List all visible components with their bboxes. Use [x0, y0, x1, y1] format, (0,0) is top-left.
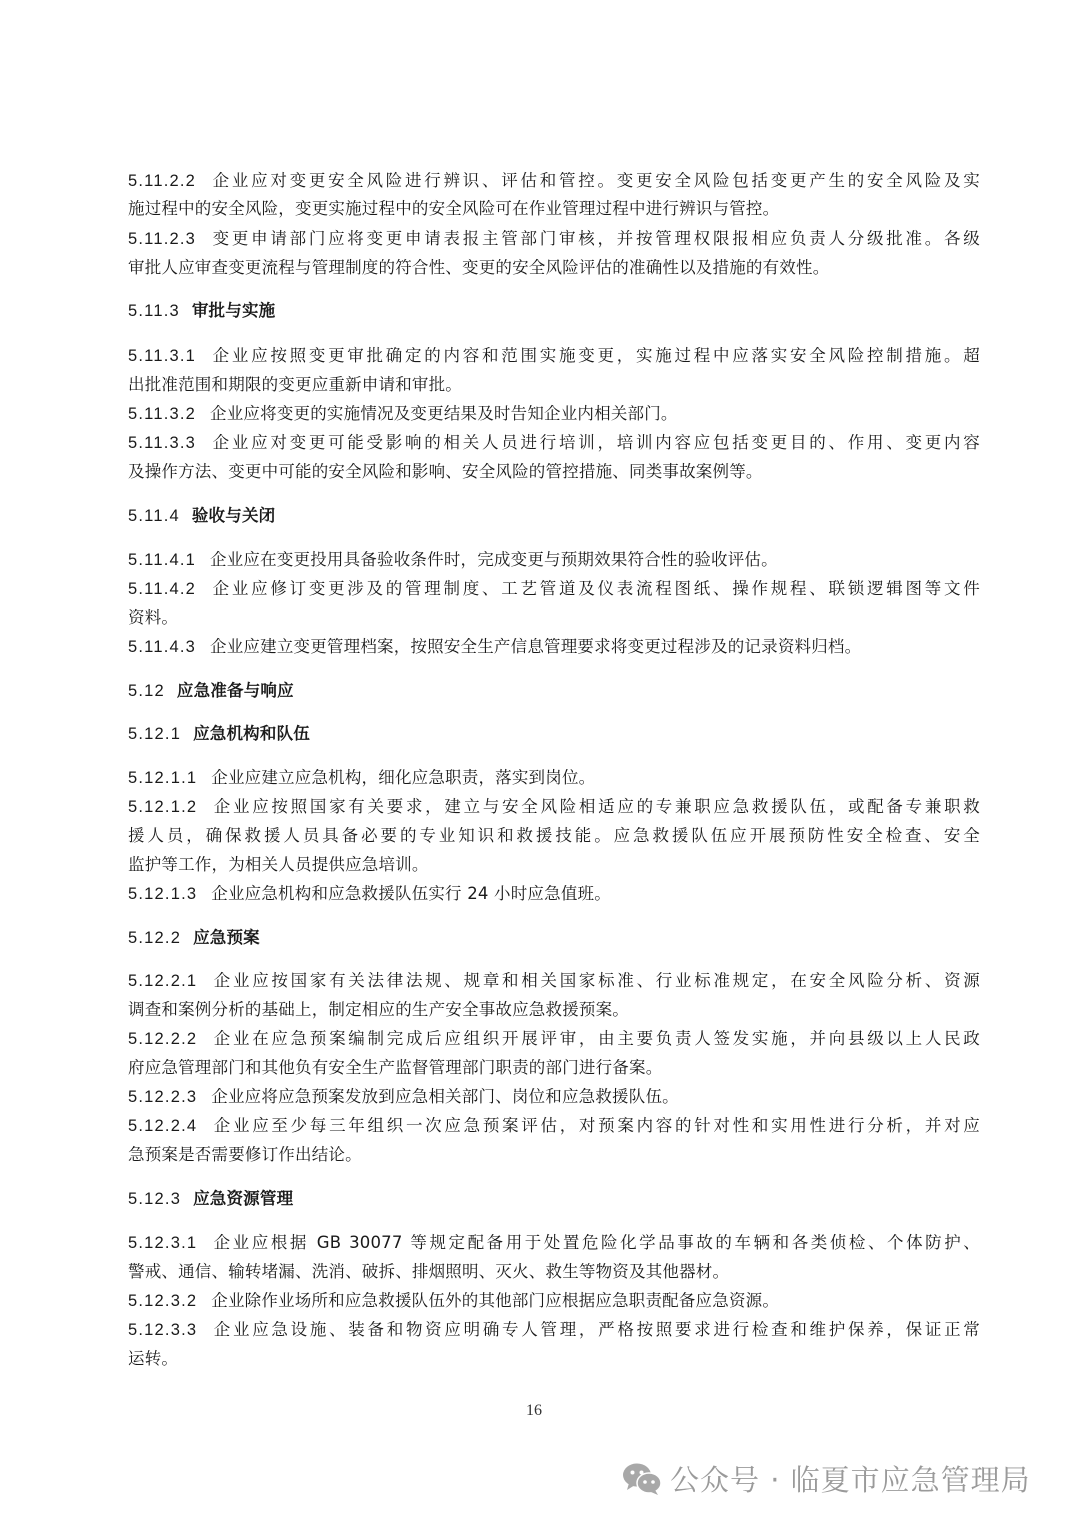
clause-line: 5.12.1.1企业应建立应急机构，细化应急职责，落实到岗位。 [128, 767, 980, 789]
clause-line: 5.12.1.2企业应按照国家有关要求，建立与安全风险相适应的专兼职应急救援队伍… [128, 796, 980, 818]
clause-line: 5.12.3.2企业除作业场所和应急救援队伍外的其他部门应根据应急职责配备应急资… [128, 1290, 980, 1312]
section-heading: 5.11.3审批与实施 [128, 300, 980, 322]
clause-line: 审批人应审查变更流程与管理制度的符合性、变更的安全风险评估的准确性以及措施的有效… [128, 257, 980, 279]
clause-line: 调查和案例分析的基础上，制定相应的生产安全事故应急救援预案。 [128, 999, 980, 1021]
clause-line: 出批准范围和期限的变更应重新申请和审批。 [128, 374, 980, 396]
clause-line: 5.12.2.4企业应至少每三年组织一次应急预案评估，对预案内容的针对性和实用性… [128, 1115, 980, 1137]
clause-line: 援人员，确保救援人员具备必要的专业知识和救援技能。应急救援队伍应开展预防性安全检… [128, 825, 980, 847]
clause-line: 5.12.3.1企业应根据 GB 30077 等规定配备用于处置危险化学品事故的… [128, 1232, 980, 1254]
clause-line: 5.12.2.2企业在应急预案编制完成后应组织开展评审，由主要负责人签发实施，并… [128, 1028, 980, 1050]
clause-line: 运转。 [128, 1348, 980, 1370]
clause-line: 5.11.4.1企业应在变更投用具备验收条件时，完成变更与预期效果符合性的验收评… [128, 549, 980, 571]
clause-line: 5.11.3.3企业应对变更可能受影响的相关人员进行培训，培训内容应包括变更目的… [128, 432, 980, 454]
clause-line: 监护等工作，为相关人员提供应急培训。 [128, 854, 980, 876]
clause-line: 及操作方法、变更中可能的安全风险和影响、安全风险的管控措施、同类事故案例等。 [128, 461, 980, 483]
section-heading: 5.12.2应急预案 [128, 927, 980, 949]
clause-line: 5.11.2.3变更申请部门应将变更申请表报主管部门审核，并按管理权限报相应负责… [128, 228, 980, 250]
clause-line: 急预案是否需要修订作出结论。 [128, 1144, 980, 1166]
clause-line: 5.12.2.1企业应按国家有关法律法规、规章和相关国家标准、行业标准规定，在安… [128, 970, 980, 992]
clause-line: 资料。 [128, 607, 980, 629]
watermark: 公众号 · 临夏市应急管理局 [622, 1458, 1031, 1499]
section-heading: 5.12.1应急机构和队伍 [128, 723, 980, 745]
clause-line: 5.11.3.2企业应将变更的实施情况及变更结果及时告知企业内相关部门。 [128, 403, 980, 425]
clause-line: 5.11.3.1企业应按照变更审批确定的内容和范围实施变更，实施过程中应落实安全… [128, 345, 980, 367]
section-heading: 5.12.3应急资源管理 [128, 1188, 980, 1210]
clause-line: 5.11.4.2企业应修订变更涉及的管理制度、工艺管道及仪表流程图纸、操作规程、… [128, 578, 980, 600]
wechat-icon [622, 1462, 662, 1496]
clause-line: 警戒、通信、输转堵漏、洗消、破拆、排烟照明、灭火、救生等物资及其他器材。 [128, 1261, 980, 1283]
page-number: 16 [526, 1402, 542, 1420]
clause-line: 5.12.3.3企业应急设施、装备和物资应明确专人管理，严格按照要求进行检查和维… [128, 1319, 980, 1341]
section-heading: 5.11.4验收与关闭 [128, 505, 980, 527]
clause-line: 施过程中的安全风险，变更实施过程中的安全风险可在作业管理过程中进行辨识与管控。 [128, 198, 980, 220]
clause-line: 5.11.4.3企业应建立变更管理档案，按照安全生产信息管理要求将变更过程涉及的… [128, 636, 980, 658]
clause-line: 府应急管理部门和其他负有安全生产监督管理部门职责的部门进行备案。 [128, 1057, 980, 1079]
watermark-text: 公众号 · 临夏市应急管理局 [670, 1458, 1031, 1499]
section-heading: 5.12应急准备与响应 [128, 680, 980, 702]
clause-line: 5.12.2.3企业应将应急预案发放到应急相关部门、岗位和应急救援队伍。 [128, 1086, 980, 1108]
clause-line: 5.12.1.3企业应急机构和应急救援队伍实行 24 小时应急值班。 [128, 883, 980, 905]
clause-line: 5.11.2.2企业应对变更安全风险进行辨识、评估和管控。变更安全风险包括变更产… [128, 170, 980, 192]
